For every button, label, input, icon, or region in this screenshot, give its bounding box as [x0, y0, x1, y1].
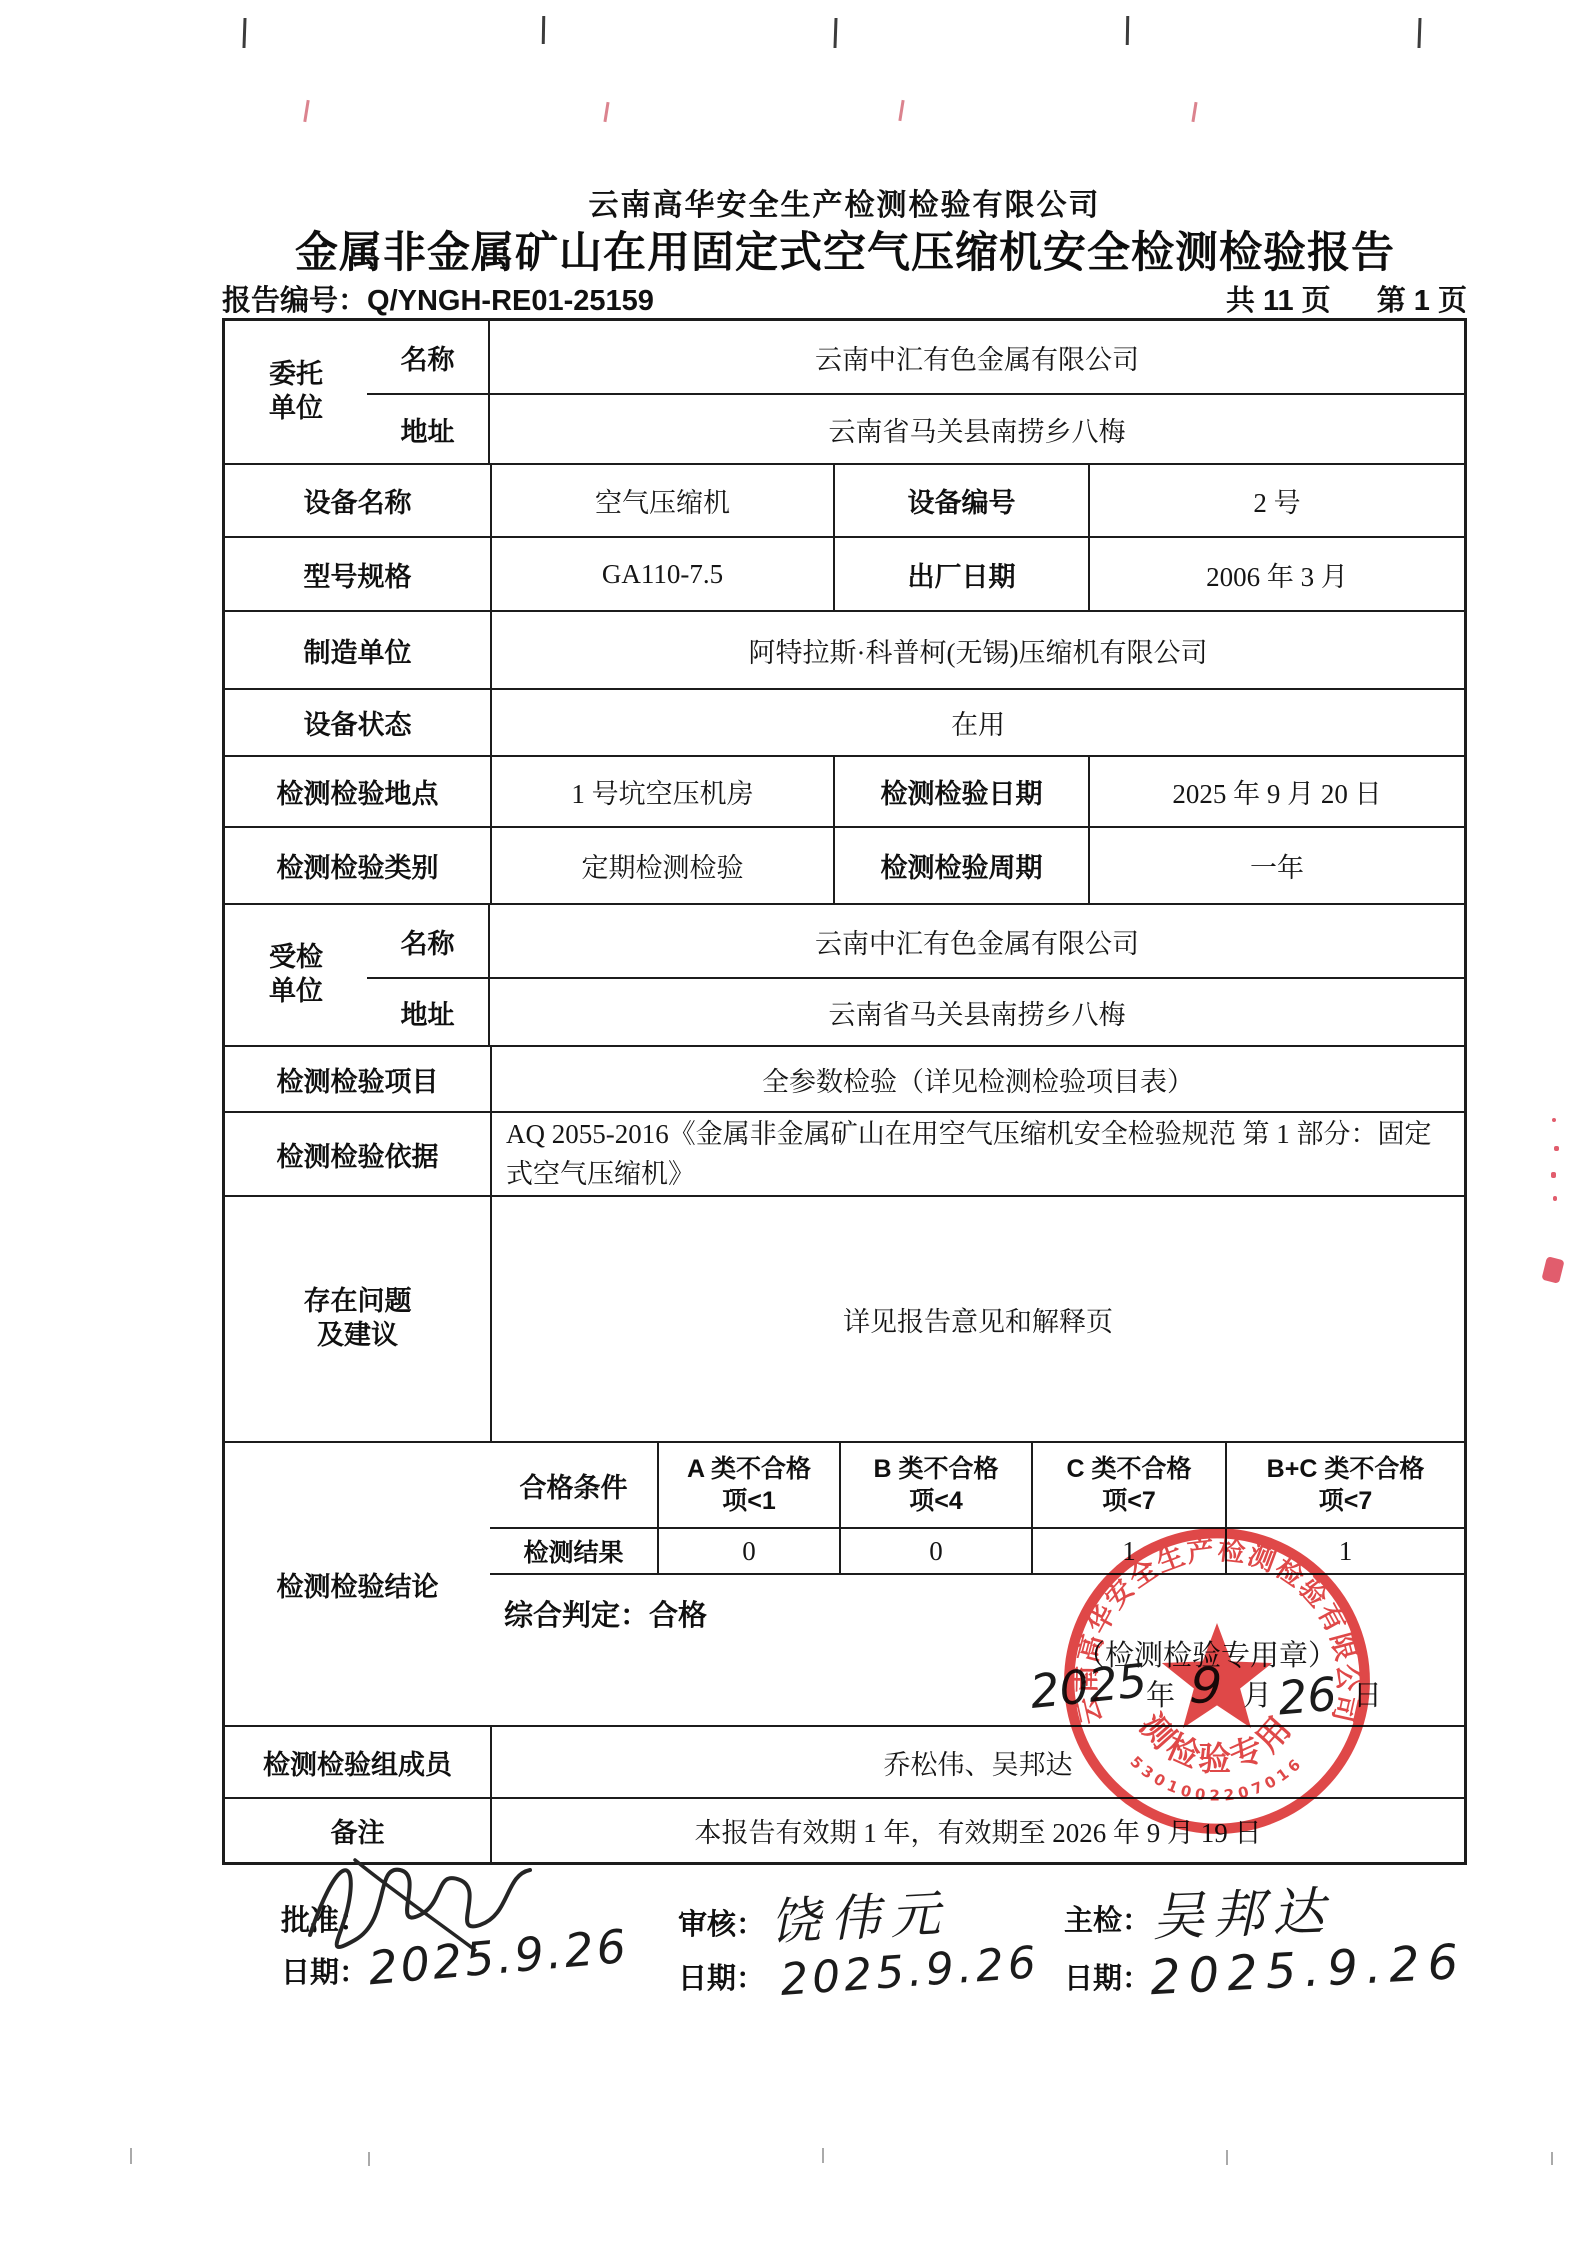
inspected-address-row: 地址 云南省马关县南捞乡八梅	[367, 977, 1464, 1045]
cycle-label: 检测检验周期	[833, 828, 1088, 903]
scan-artifact	[242, 18, 246, 48]
scan-artifact	[542, 16, 545, 44]
scan-artifact-red	[1551, 1172, 1556, 1178]
entrust-group-label: 委托单位	[225, 321, 367, 463]
device-row: 设备名称 空气压缩机 设备编号 2 号	[225, 463, 1464, 536]
review-label: 审核：	[678, 1902, 765, 1943]
status-label: 设备状态	[225, 690, 490, 755]
scan-artifact	[833, 18, 837, 48]
result-b: 0	[839, 1529, 1031, 1573]
manufacturer-value: 阿特拉斯·科普柯(无锡)压缩机有限公司	[490, 612, 1464, 688]
factory-date-label: 出厂日期	[833, 538, 1088, 610]
device-name-label: 设备名称	[225, 465, 490, 536]
result-a: 0	[657, 1529, 839, 1573]
stamp-star	[1162, 1623, 1272, 1728]
place-row: 检测检验地点 1 号坑空压机房 检测检验日期 2025 年 9 月 20 日	[225, 755, 1464, 826]
pagination: 共 11 页 第 1 页	[1188, 278, 1467, 319]
scan-artifact-red	[1541, 1256, 1564, 1284]
entrust-address-label: 地址	[367, 395, 488, 463]
scan-artifact-red	[898, 100, 904, 121]
cycle-value: 一年	[1088, 828, 1464, 903]
type-label: 检测检验类别	[225, 828, 490, 903]
place-label: 检测检验地点	[225, 757, 490, 826]
review-signature: 饶伟元	[768, 1873, 952, 1954]
device-name-value: 空气压缩机	[490, 465, 833, 536]
status-value: 在用	[490, 690, 1464, 755]
scan-artifact-red	[303, 100, 309, 122]
report-meta-line: 报告编号：Q/YNGH-RE01-25159 共 11 页 第 1 页	[222, 278, 1467, 319]
company-name: 云南高华安全生产检测检验有限公司	[222, 180, 1467, 224]
report-number-value: Q/YNGH-RE01-25159	[367, 285, 654, 317]
entrust-name-value: 云南中汇有色金属有限公司	[488, 321, 1464, 393]
entrust-address-value: 云南省马关县南捞乡八梅	[488, 395, 1464, 463]
chief-date-label: 日期：	[1064, 1956, 1151, 1997]
insp-date-label: 检测检验日期	[833, 757, 1088, 826]
inspected-group-label: 受检单位	[225, 905, 367, 1045]
judgement-text: 综合判定：合格	[504, 1593, 707, 1634]
scan-artifact-red	[1552, 1118, 1556, 1122]
model-label: 型号规格	[225, 538, 490, 610]
chief-label: 主检：	[1064, 1898, 1151, 1939]
basis-label: 检测检验依据	[225, 1113, 490, 1195]
scan-artifact-red	[1191, 102, 1197, 122]
model-row: 型号规格 GA110-7.5 出厂日期 2006 年 3 月	[225, 536, 1464, 610]
inspected-name-value: 云南中汇有色金属有限公司	[488, 905, 1464, 977]
device-no-label: 设备编号	[833, 465, 1088, 536]
team-label: 检测检验组成员	[225, 1727, 490, 1797]
condition-col-b: B 类不合格项<4	[839, 1443, 1031, 1527]
scan-artifact-red	[603, 102, 609, 122]
scan-artifact-red	[1553, 1196, 1557, 1201]
inspected-address-value: 云南省马关县南捞乡八梅	[488, 979, 1464, 1045]
approve-date-label: 日期：	[281, 1950, 368, 1991]
type-row: 检测检验类别 定期检测检验 检测检验周期 一年	[225, 826, 1464, 903]
current-page: 第 1 页	[1377, 285, 1467, 317]
scan-artifact	[368, 2152, 370, 2166]
problems-label: 存在问题及建议	[225, 1197, 490, 1441]
problems-value: 详见报告意见和解释页	[490, 1197, 1464, 1441]
inspected-name-label: 名称	[367, 905, 488, 977]
entrust-address-row: 地址 云南省马关县南捞乡八梅	[367, 393, 1464, 463]
report-number-label: 报告编号：	[222, 285, 367, 317]
review-date-label: 日期：	[678, 1956, 765, 1997]
inspected-unit-rows: 受检单位 名称 云南中汇有色金属有限公司 地址 云南省马关县南捞乡八梅	[225, 903, 1464, 1045]
model-value: GA110-7.5	[490, 538, 833, 610]
scan-artifact-red	[1554, 1146, 1559, 1151]
manufacturer-row: 制造单位 阿特拉斯·科普柯(无锡)压缩机有限公司	[225, 610, 1464, 688]
result-label: 检测结果	[490, 1529, 657, 1573]
items-value: 全参数检验（详见检测检验项目表）	[490, 1047, 1464, 1111]
basis-value: AQ 2055-2016《金属非金属矿山在用空气压缩机安全检验规范 第 1 部分…	[490, 1113, 1464, 1195]
chief-signature: 吴邦达	[1151, 1869, 1334, 1950]
type-value: 定期检测检验	[490, 828, 833, 903]
condition-label: 合格条件	[490, 1443, 657, 1527]
manufacturer-label: 制造单位	[225, 612, 490, 688]
inspected-address-label: 地址	[367, 979, 488, 1045]
items-label: 检测检验项目	[225, 1047, 490, 1111]
items-row: 检测检验项目 全参数检验（详见检测检验项目表）	[225, 1045, 1464, 1111]
entrust-unit-rows: 委托单位 名称 云南中汇有色金属有限公司 地址 云南省马关县南捞乡八梅	[225, 321, 1464, 463]
condition-row: 合格条件 A 类不合格项<1 B 类不合格项<4 C 类不合格项<7 B+C 类…	[490, 1443, 1464, 1527]
entrust-name-row: 名称 云南中汇有色金属有限公司	[367, 321, 1464, 393]
condition-col-bc: B+C 类不合格项<7	[1225, 1443, 1464, 1527]
problems-row: 存在问题及建议 详见报告意见和解释页	[225, 1195, 1464, 1441]
scan-artifact	[1551, 2152, 1553, 2165]
report-number: 报告编号：Q/YNGH-RE01-25159	[222, 278, 654, 319]
condition-col-c: C 类不合格项<7	[1031, 1443, 1225, 1527]
page-title: 金属非金属矿山在用固定式空气压缩机安全检测检验报告	[180, 219, 1510, 280]
conclusion-label: 检测检验结论	[225, 1443, 490, 1725]
device-no-value: 2 号	[1088, 465, 1464, 536]
total-pages: 共 11 页	[1226, 285, 1331, 317]
insp-date-value: 2025 年 9 月 20 日	[1088, 757, 1464, 826]
condition-col-a: A 类不合格项<1	[657, 1443, 839, 1527]
scan-artifact	[130, 2148, 132, 2164]
scan-artifact	[1226, 2150, 1228, 2165]
basis-row: 检测检验依据 AQ 2055-2016《金属非金属矿山在用空气压缩机安全检验规范…	[225, 1111, 1464, 1195]
factory-date-value: 2006 年 3 月	[1088, 538, 1464, 610]
report-page: 云南高华安全生产检测检验有限公司 金属非金属矿山在用固定式空气压缩机安全检测检验…	[0, 0, 1587, 2244]
status-row: 设备状态 在用	[225, 688, 1464, 755]
scan-artifact	[822, 2148, 824, 2163]
entrust-name-label: 名称	[367, 321, 488, 393]
place-value: 1 号坑空压机房	[490, 757, 833, 826]
inspected-name-row: 名称 云南中汇有色金属有限公司	[367, 905, 1464, 977]
scan-artifact	[1417, 18, 1421, 48]
scan-artifact	[1126, 16, 1130, 45]
inspection-seal-stamp: 云南高华安全生产检测检验有限公司 检测检验专用章 5301002207016	[1050, 1522, 1384, 1840]
